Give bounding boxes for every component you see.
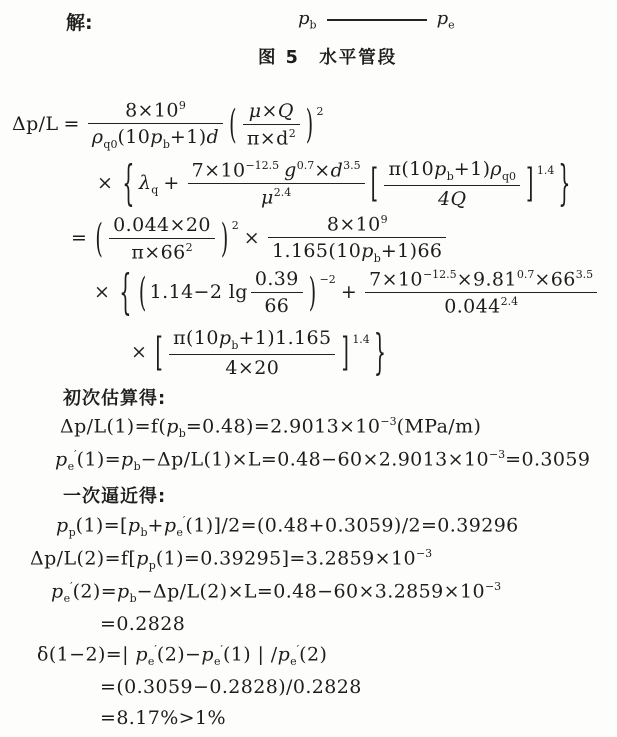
math-token: 4Q bbox=[438, 188, 466, 210]
fraction: 7×10−12.5g0.7×d3.5μ2.4 bbox=[188, 159, 365, 209]
math-token: p bbox=[434, 158, 447, 180]
formula-line-4: ×{(1.14−2 lg0.3966)−2+7×10−12.5×9.810.7×… bbox=[89, 268, 600, 318]
subscript: p bbox=[69, 526, 76, 539]
denominator: 1.165(10pb+1)66 bbox=[268, 237, 446, 265]
numerator: 0.044×20 bbox=[109, 214, 215, 238]
math-token: +1) bbox=[170, 126, 207, 148]
math-token: 0.39 bbox=[255, 268, 299, 290]
superscript: 1.4 bbox=[352, 333, 370, 346]
denominator: 4Q bbox=[384, 185, 520, 210]
math-token: ρ bbox=[490, 158, 502, 180]
fraction: 0.3966 bbox=[251, 268, 303, 317]
subscript: b bbox=[163, 138, 170, 151]
superscript: 0.7 bbox=[297, 159, 315, 172]
pressure-end-symbol: p bbox=[437, 8, 449, 29]
superscript: −3 bbox=[485, 580, 501, 593]
math-token: 1.14−2 lg bbox=[150, 281, 248, 303]
math-token: (1) | / bbox=[223, 643, 278, 665]
solution-label: 解: bbox=[66, 8, 93, 35]
math-token: =0.2828 bbox=[100, 613, 185, 635]
left-paren: ( bbox=[95, 217, 103, 262]
subscript: e bbox=[68, 460, 75, 473]
math-token: p bbox=[117, 580, 130, 602]
fraction: π(10pb+1)1.1654×20 bbox=[169, 327, 335, 379]
numerator: 0.39 bbox=[251, 268, 303, 292]
document-page: 解: pbpe 图 5 水平管段 Δp/L=8×109ρq0(10pb+1)d(… bbox=[0, 0, 617, 737]
subscript: e bbox=[64, 592, 71, 605]
math-token: (2) bbox=[299, 643, 327, 665]
right-paren: ) bbox=[306, 103, 314, 148]
subscript: q0 bbox=[103, 138, 117, 151]
subscript: b bbox=[130, 592, 137, 605]
math-token: p bbox=[361, 240, 374, 262]
math-token: p bbox=[219, 327, 232, 349]
figure-caption: 图 5 水平管段 bbox=[258, 44, 397, 69]
math-token: Δp/L(1)=f( bbox=[60, 415, 166, 437]
denominator: π×d2 bbox=[243, 124, 300, 149]
open-bracket: [ bbox=[371, 161, 379, 206]
math-token: 7×10 bbox=[192, 159, 246, 181]
right-paren: ) bbox=[221, 217, 229, 262]
denominator: π×662 bbox=[109, 238, 215, 263]
left-paren: ( bbox=[139, 270, 147, 315]
math-token: p bbox=[55, 448, 68, 470]
calc-line-pp1: pp(1)=[pb+pe′(1)]/2=(0.48+0.3059)/2=0.39… bbox=[56, 514, 519, 539]
math-token: +1)1.165 bbox=[238, 327, 331, 349]
superscript: 2.4 bbox=[501, 295, 519, 308]
calc-line-pe2: pe′(2)=pb−Δp/L(2)×L=0.48−60×3.2859×10−3 bbox=[51, 580, 501, 605]
superscript: 1.4 bbox=[537, 164, 555, 177]
close-bracket: ] bbox=[341, 330, 349, 375]
subscript: b bbox=[140, 526, 147, 539]
math-token: p bbox=[164, 514, 177, 536]
superscript: −12.5 bbox=[245, 159, 279, 172]
calc-line-delta-result: =8.17%>1% bbox=[100, 707, 226, 729]
math-token: p bbox=[150, 126, 163, 148]
math-token: π×d bbox=[247, 128, 289, 150]
math-token: (2)= bbox=[73, 580, 117, 602]
math-token: +1)66 bbox=[381, 240, 443, 262]
right-paren: ) bbox=[309, 270, 317, 315]
math-token: ×66 bbox=[534, 268, 575, 290]
denominator: ρq0(10pb+1)d bbox=[88, 123, 223, 151]
equals-sign: = bbox=[64, 113, 80, 135]
denominator: 0.0442.4 bbox=[365, 292, 597, 317]
math-token: p bbox=[136, 547, 149, 569]
pipe-line bbox=[327, 19, 427, 22]
numerator: 8×109 bbox=[268, 213, 446, 237]
open-bracket: [ bbox=[155, 330, 163, 375]
superscript: −3 bbox=[380, 415, 396, 428]
numerator: 7×10−12.5g0.7×d3.5 bbox=[188, 159, 365, 183]
math-token: (1)=0.39295]=3.2859×10 bbox=[156, 547, 416, 569]
math-token: g bbox=[284, 159, 297, 181]
math-token: p bbox=[201, 643, 214, 665]
denominator: 4×20 bbox=[169, 354, 335, 379]
numerator: π(10pb+1)ρq0 bbox=[384, 158, 520, 185]
math-token: + bbox=[148, 514, 164, 536]
left-paren: ( bbox=[229, 103, 237, 148]
times-sign: × bbox=[244, 227, 260, 249]
close-brace: } bbox=[374, 325, 387, 380]
math-token: π×66 bbox=[131, 242, 185, 264]
fraction: 8×1091.165(10pb+1)66 bbox=[268, 213, 446, 265]
math-token: 1.165(10 bbox=[272, 240, 361, 262]
calc-line-delta: δ(1−2)=| pe′(2)−pe′(1) | /pe′(2) bbox=[37, 643, 327, 668]
calc-line-dpL2: Δp/L(2)=f[pp(1)=0.39295]=3.2859×10−3 bbox=[30, 547, 432, 572]
math-token: −Δp/L(2)×L=0.48−60×3.2859×10 bbox=[137, 580, 485, 602]
superscript: 9 bbox=[179, 99, 186, 112]
subscript: e bbox=[148, 655, 155, 668]
math-token: ×9.81 bbox=[457, 268, 517, 290]
calc-line-delta-values: =(0.3059−0.2828)/0.2828 bbox=[100, 676, 362, 698]
step-label-first-estimate: 初次估算得: bbox=[63, 384, 166, 410]
formula-line-3: =(0.044×20π×662)2×8×1091.165(10pb+1)66 bbox=[66, 213, 449, 265]
times-sign: × bbox=[97, 172, 113, 194]
calc-line-dpL1: Δp/L(1)=f(pb=0.48)=2.9013×10−3(MPa/m) bbox=[60, 415, 481, 440]
math-token: p bbox=[56, 514, 69, 536]
open-brace: { bbox=[119, 265, 132, 320]
math-token: =0.48)=2.9013×10 bbox=[186, 415, 381, 437]
subscript: q0 bbox=[502, 170, 516, 183]
math-token: −Δp/L(1)×L=0.48−60×2.9013×10 bbox=[141, 448, 489, 470]
subscript: b bbox=[447, 170, 454, 183]
plus-sign: + bbox=[341, 281, 357, 303]
math-token: δ(1−2)=| bbox=[37, 643, 135, 665]
subscript: e bbox=[214, 655, 221, 668]
math-token: π(10 bbox=[173, 327, 219, 349]
math-token: 66 bbox=[264, 295, 289, 317]
math-token: p bbox=[51, 580, 64, 602]
math-token: p bbox=[278, 643, 291, 665]
calc-line-pe1: pe′(1)=pb−Δp/L(1)×L=0.48−60×2.9013×10−3=… bbox=[55, 448, 590, 473]
superscript: 2 bbox=[317, 105, 324, 118]
pipe-diagram: pbpe bbox=[298, 8, 455, 32]
math-token: 7×10 bbox=[369, 268, 423, 290]
math-token: 8×10 bbox=[327, 213, 381, 235]
formula-line-2: ×{λq+7×10−12.5g0.7×d3.5μ2.4[π(10pb+1)ρq0… bbox=[92, 158, 575, 210]
math-token: =8.17%>1% bbox=[100, 707, 226, 729]
formula-line-1: Δp/L=8×109ρq0(10pb+1)d(μ×Qπ×d2)2 bbox=[12, 99, 324, 151]
numerator: π(10pb+1)1.165 bbox=[169, 327, 335, 354]
math-token: λ bbox=[139, 172, 151, 194]
plus-sign: + bbox=[163, 172, 179, 194]
fraction: 7×10−12.5×9.810.7×663.50.0442.4 bbox=[365, 268, 597, 318]
close-bracket: ] bbox=[526, 161, 534, 206]
math-token: μ bbox=[261, 187, 274, 209]
subscript: e bbox=[290, 655, 297, 668]
math-token: × bbox=[314, 159, 330, 181]
math-token: ρ bbox=[92, 126, 104, 148]
math-token: =(0.3059−0.2828)/0.2828 bbox=[100, 676, 362, 698]
math-token: p bbox=[135, 643, 148, 665]
math-token: (10 bbox=[117, 126, 150, 148]
superscript: 3.5 bbox=[576, 268, 594, 281]
math-token: (1)=[ bbox=[76, 514, 128, 536]
math-token: Δp/L bbox=[12, 113, 59, 135]
subscript: e bbox=[176, 526, 183, 539]
close-brace: } bbox=[558, 156, 571, 211]
superscript: −3 bbox=[416, 547, 432, 560]
subscript: p bbox=[149, 559, 156, 572]
math-token: p bbox=[128, 514, 141, 536]
superscript: 2 bbox=[232, 219, 239, 232]
numerator: 8×109 bbox=[88, 99, 223, 123]
superscript: 3.5 bbox=[343, 159, 361, 172]
times-sign: × bbox=[131, 341, 147, 363]
math-token: (1)= bbox=[77, 448, 121, 470]
math-token: p bbox=[166, 415, 179, 437]
math-token: π(10 bbox=[388, 158, 434, 180]
math-token: 4×20 bbox=[225, 357, 279, 379]
subscript: b bbox=[310, 19, 317, 32]
math-token: d bbox=[331, 159, 344, 181]
open-brace: { bbox=[122, 156, 135, 211]
math-token: +1) bbox=[454, 158, 491, 180]
math-token: (MPa/m) bbox=[397, 415, 482, 437]
fraction: 8×109ρq0(10pb+1)d bbox=[88, 99, 223, 151]
math-token: μ×Q bbox=[249, 100, 294, 122]
superscript: 2 bbox=[186, 241, 193, 254]
pressure-begin-symbol: p bbox=[298, 8, 310, 29]
math-token: =0.3059 bbox=[505, 448, 590, 470]
numerator: μ×Q bbox=[243, 100, 300, 124]
formula-line-5: ×[π(10pb+1)1.1654×20]1.4} bbox=[126, 327, 390, 379]
superscript: −12.5 bbox=[423, 268, 457, 281]
math-token: 0.044 bbox=[444, 296, 500, 318]
subscript: b bbox=[179, 427, 186, 440]
math-token: 0.044×20 bbox=[113, 214, 211, 236]
math-token: (1)]/2=(0.48+0.3059)/2=0.39296 bbox=[185, 514, 518, 536]
math-token: d bbox=[207, 126, 220, 148]
subscript: b bbox=[374, 252, 381, 265]
denominator: 66 bbox=[251, 292, 303, 317]
superscript: 2.4 bbox=[274, 186, 292, 199]
numerator: 7×10−12.5×9.810.7×663.5 bbox=[365, 268, 597, 292]
fraction: 0.044×20π×662 bbox=[109, 214, 215, 263]
math-token: Δp/L(2)=f[ bbox=[30, 547, 136, 569]
superscript: 9 bbox=[381, 213, 388, 226]
times-sign: × bbox=[94, 281, 110, 303]
superscript: 0.7 bbox=[517, 268, 535, 281]
equals-sign: = bbox=[71, 227, 87, 249]
subscript: q bbox=[151, 184, 158, 197]
fraction: π(10pb+1)ρq04Q bbox=[384, 158, 520, 210]
math-token: (2)− bbox=[157, 643, 201, 665]
subscript: b bbox=[134, 460, 141, 473]
denominator: μ2.4 bbox=[188, 183, 365, 208]
math-token: p bbox=[121, 448, 134, 470]
calc-line-pe2-result: =0.2828 bbox=[100, 613, 185, 635]
math-token: 8×10 bbox=[125, 99, 179, 121]
superscript: 2 bbox=[289, 127, 296, 140]
fraction: μ×Qπ×d2 bbox=[243, 100, 300, 149]
superscript: −3 bbox=[489, 448, 505, 461]
subscript: e bbox=[448, 19, 455, 32]
step-label-first-approximation: 一次逼近得: bbox=[63, 482, 166, 508]
superscript: −2 bbox=[320, 273, 336, 286]
